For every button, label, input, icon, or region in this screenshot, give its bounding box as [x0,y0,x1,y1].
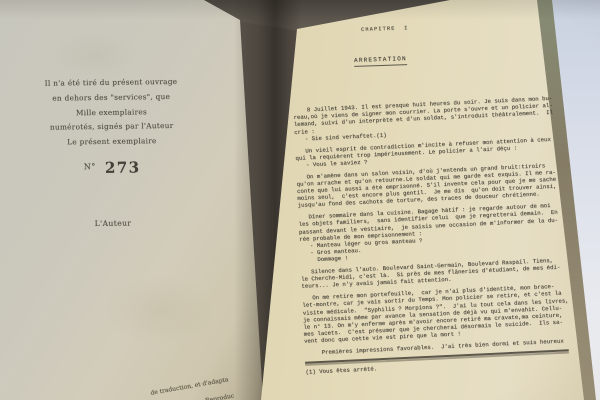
copyright-fragment: de traduction, et d'adapta [150,376,229,397]
text-line: Le présent exemplaire [27,134,197,151]
limitation-statement: Il n'a été tiré du présent ouvrageen deh… [26,75,198,229]
body-lines: 8 Juillet 1943. Il est presque huit heur… [293,94,576,357]
copyright-fragment: Reproduc [205,392,235,400]
text-line: numérotés, signés par l'Auteur [27,119,197,136]
limitation-lines: Il n'a été tiré du présent ouvrageen deh… [26,75,197,151]
book-photo: Il n'a été tiré du présent ouvrageen deh… [0,0,600,400]
copy-number-label: N° [84,162,96,171]
chapter-title: ARRESTATION [354,55,407,66]
text-line: Il n'a été tiré du présent ouvrage [26,75,196,92]
author-credit: L'Auteur [28,218,198,229]
copy-number-value: 273 [105,158,141,176]
copy-number: N°273 [27,157,197,178]
body-text: 8 Juillet 1943. Il est presque huit heur… [293,94,577,375]
